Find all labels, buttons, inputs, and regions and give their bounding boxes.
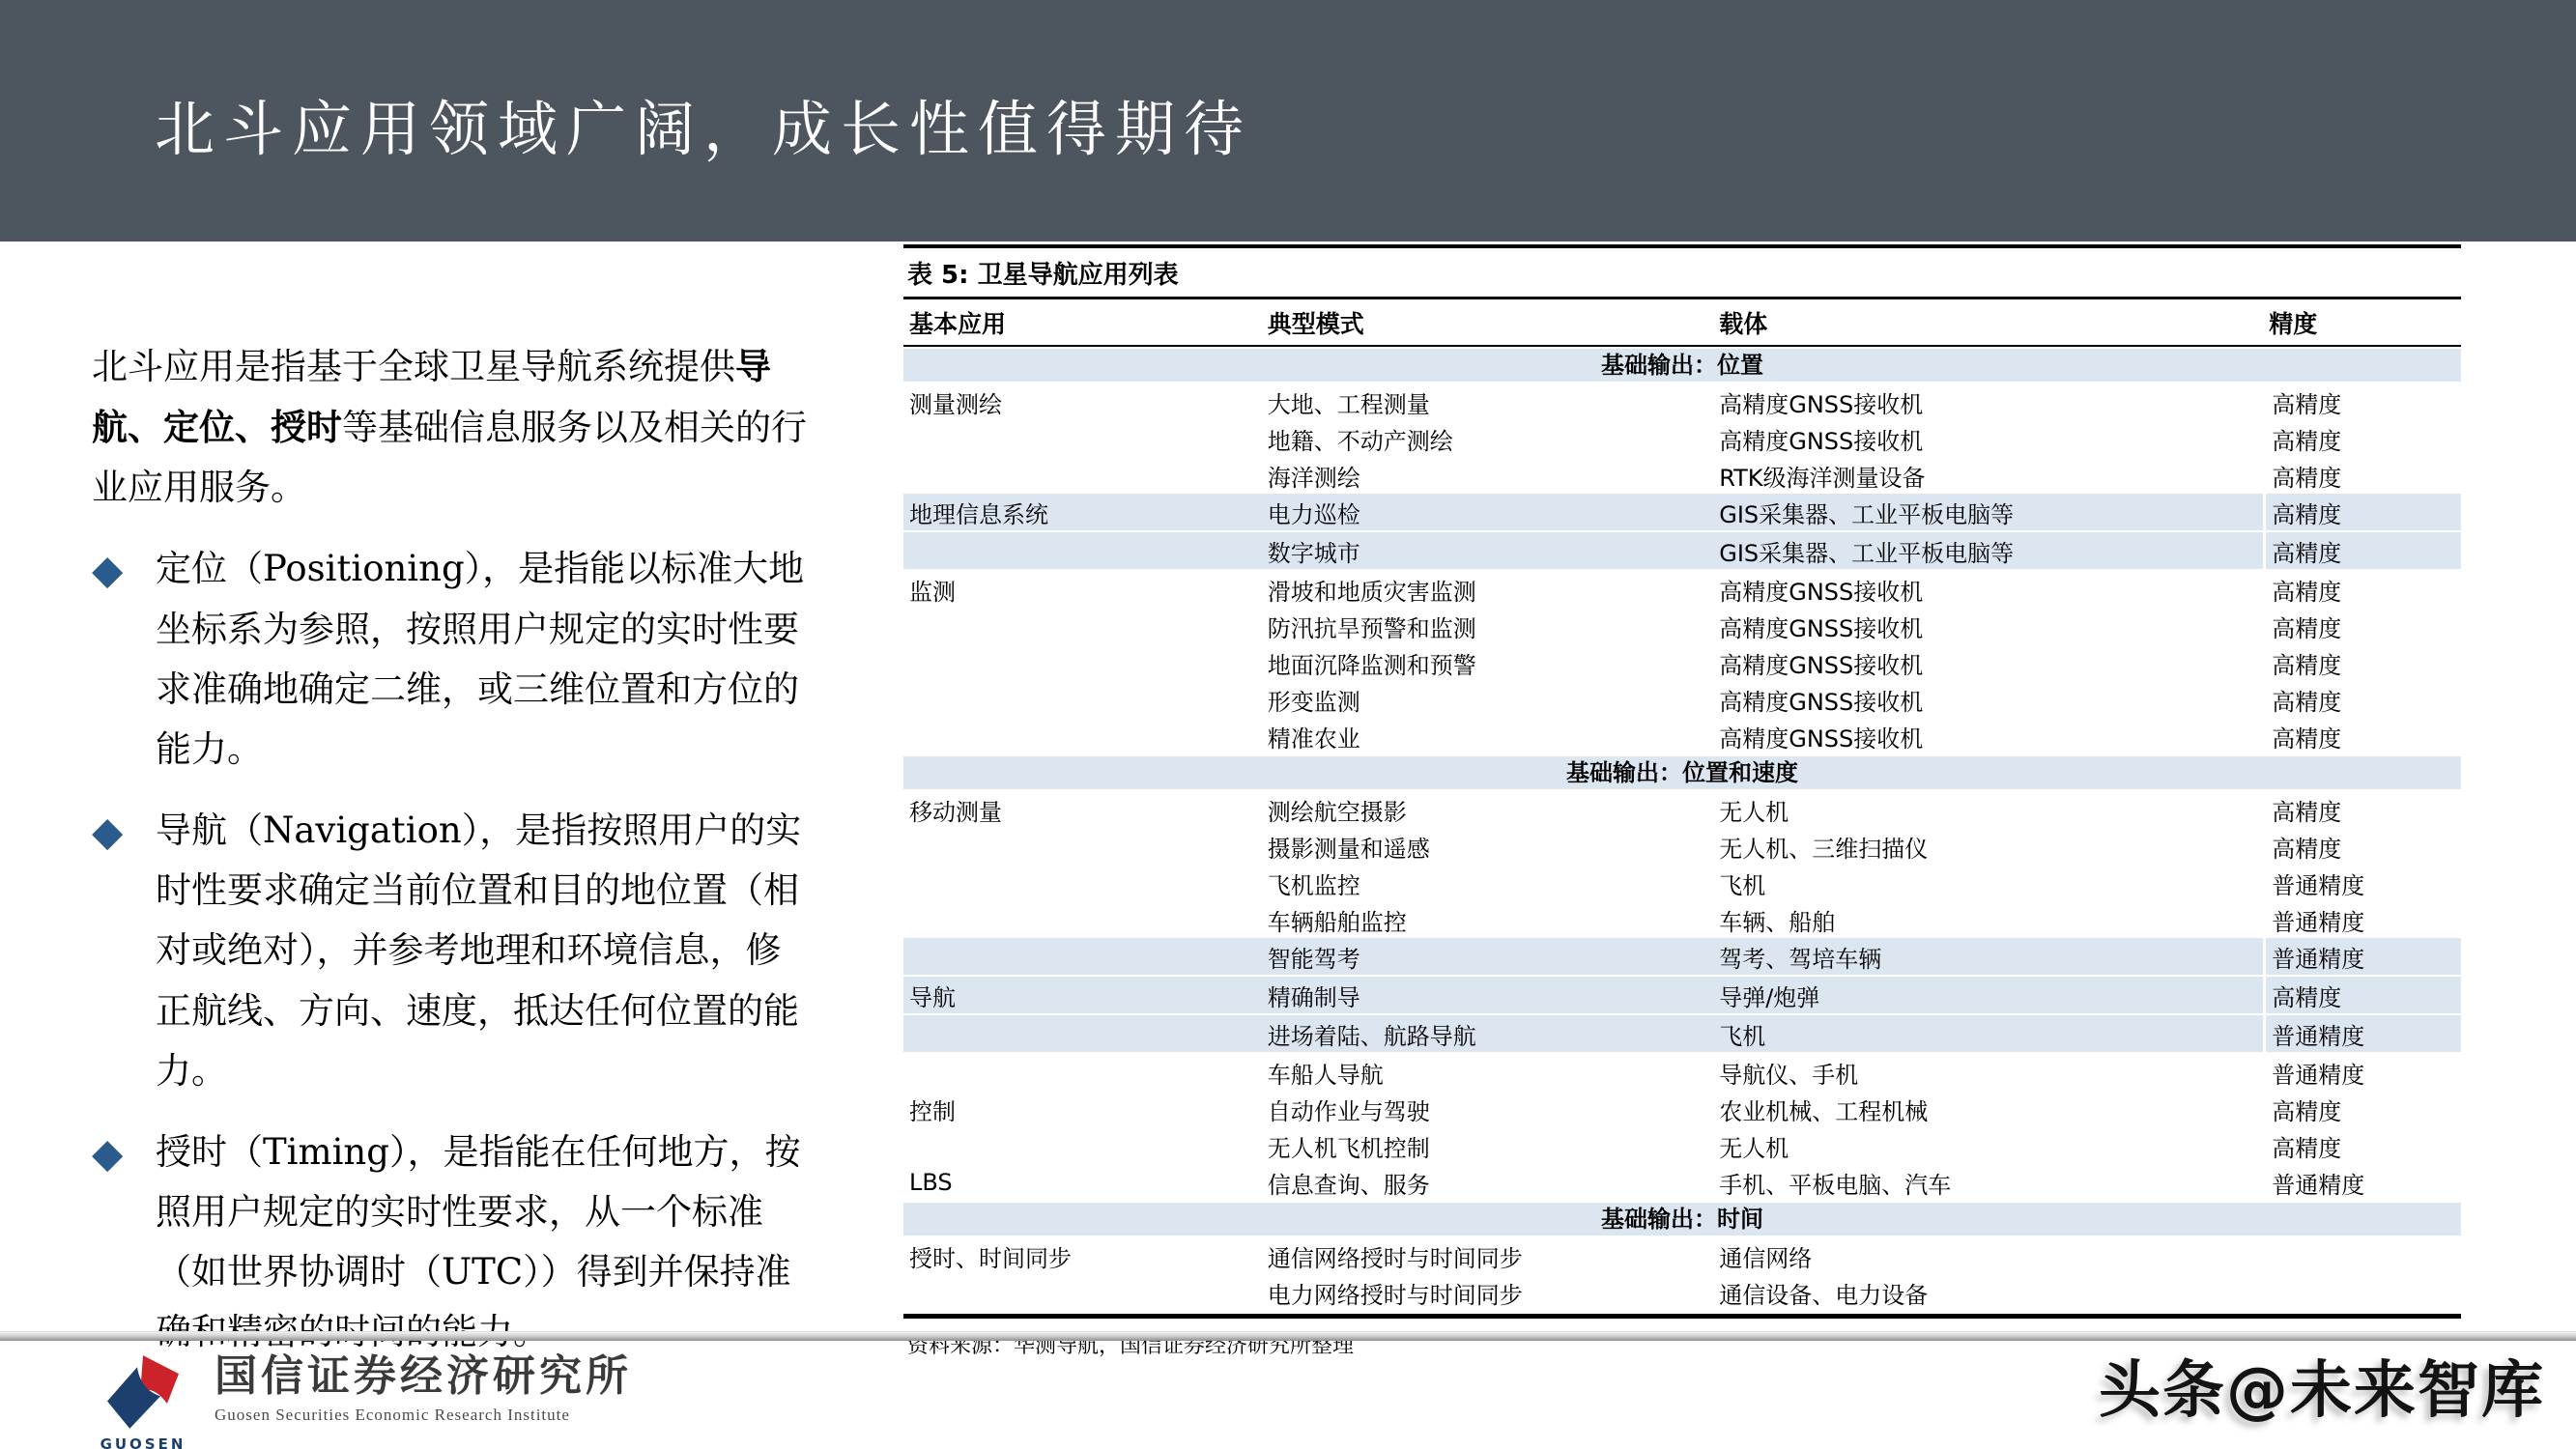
cell-basic-app (903, 1127, 1262, 1164)
cell-basic-app (903, 1054, 1262, 1091)
cell-precision (2263, 1274, 2461, 1311)
cell-typical-mode: 自动作业与驾驶 (1262, 1091, 1713, 1127)
table-row: 数字城市GIS采集器、工业平板电脑等高精度 (903, 532, 2461, 571)
cell-carrier: 高精度GNSS接收机 (1713, 718, 2263, 754)
cell-typical-mode: 飞机监控 (1262, 865, 1713, 901)
bullet-text: 授时（Timing），是指能在任何地方，按照用户规定的实时性要求，从一个标准（如… (156, 1122, 815, 1363)
table-row: 摄影测量和遥感无人机、三维扫描仪高精度 (903, 828, 2461, 865)
table-row: 授时、时间同步通信网络授时与时间同步通信网络 (903, 1237, 2461, 1274)
diamond-bullet-icon: ◆ (92, 1122, 156, 1363)
cell-typical-mode: 智能驾考 (1262, 938, 1713, 975)
left-text-panel: 北斗应用是指基于全球卫星导航系统提供导航、定位、授时等基础信息服务以及相关的行业… (92, 336, 815, 1363)
cell-precision (2263, 1237, 2461, 1274)
cell-precision: 高精度 (2263, 791, 2461, 828)
diamond-bullet-icon: ◆ (92, 801, 156, 1101)
table-row: 地籍、不动产测绘高精度GNSS接收机高精度 (903, 420, 2461, 457)
table-row: 车辆船舶监控车辆、船舶普通精度 (903, 901, 2461, 938)
header-cell-precision: 精度 (2263, 305, 2461, 340)
cell-basic-app (903, 1015, 1262, 1052)
table-row: 智能驾考驾考、驾培车辆普通精度 (903, 938, 2461, 977)
cell-typical-mode: 电力网络授时与时间同步 (1262, 1274, 1713, 1311)
table-row: 进场着陆、航路导航飞机普通精度 (903, 1015, 2461, 1054)
cell-basic-app: 控制 (903, 1091, 1262, 1127)
header-cell-carrier: 载体 (1713, 305, 2263, 340)
cell-precision: 普通精度 (2263, 1164, 2461, 1201)
cell-carrier: 无人机、三维扫描仪 (1713, 828, 2263, 865)
footer-divider-line (0, 1331, 2576, 1341)
table-row: LBS信息查询、服务手机、平板电脑、汽车普通精度 (903, 1164, 2461, 1201)
cell-precision: 高精度 (2263, 644, 2461, 681)
cell-basic-app (903, 608, 1262, 644)
slide-header-bar: 北斗应用领域广阔，成长性值得期待 (0, 0, 2576, 241)
table-row: 防汛抗旱预警和监测高精度GNSS接收机高精度 (903, 608, 2461, 644)
guosen-logo-text: GUOSEN (97, 1435, 189, 1449)
cell-carrier: 飞机 (1713, 1015, 2263, 1052)
cell-carrier: GIS采集器、工业平板电脑等 (1713, 494, 2263, 530)
cell-precision: 高精度 (2263, 494, 2461, 530)
cell-carrier: 通信设备、电力设备 (1713, 1274, 2263, 1311)
cell-basic-app (903, 532, 1262, 569)
table-row: 电力网络授时与时间同步通信设备、电力设备 (903, 1274, 2461, 1311)
cell-precision: 高精度 (2263, 977, 2461, 1013)
cell-typical-mode: 精确制导 (1262, 977, 1713, 1013)
cell-carrier: RTK级海洋测量设备 (1713, 457, 2263, 494)
cell-carrier: 无人机 (1713, 791, 2263, 828)
cell-precision: 普通精度 (2263, 901, 2461, 938)
section-band: 基础输出：位置和速度 (903, 756, 2461, 789)
cell-typical-mode: 大地、工程测量 (1262, 384, 1713, 420)
table-header-row: 基本应用典型模式载体精度 (903, 299, 2461, 347)
table-row: 地理信息系统电力巡检GIS采集器、工业平板电脑等高精度 (903, 494, 2461, 532)
cell-precision: 高精度 (2263, 718, 2461, 754)
cell-typical-mode: 进场着陆、航路导航 (1262, 1015, 1713, 1052)
app-table: 表 5: 卫星导航应用列表 基本应用典型模式载体精度 基础输出：位置测量测绘大地… (903, 244, 2461, 1359)
cell-precision: 高精度 (2263, 1127, 2461, 1164)
cell-precision: 高精度 (2263, 681, 2461, 718)
cell-carrier: 飞机 (1713, 865, 2263, 901)
header-cell-typical-mode: 典型模式 (1262, 305, 1713, 340)
cell-basic-app (903, 718, 1262, 754)
guosen-name-en: Guosen Securities Economic Research Inst… (215, 1406, 632, 1425)
cell-typical-mode: 数字城市 (1262, 532, 1713, 569)
cell-precision: 普通精度 (2263, 938, 2461, 975)
cell-typical-mode: 摄影测量和遥感 (1262, 828, 1713, 865)
cell-precision: 高精度 (2263, 608, 2461, 644)
cell-basic-app (903, 681, 1262, 718)
cell-carrier: 通信网络 (1713, 1237, 2263, 1274)
cell-typical-mode: 防汛抗旱预警和监测 (1262, 608, 1713, 644)
cell-typical-mode: 信息查询、服务 (1262, 1164, 1713, 1201)
cell-basic-app: 移动测量 (903, 791, 1262, 828)
table-row: 地面沉降监测和预警高精度GNSS接收机高精度 (903, 644, 2461, 681)
bullet-list: ◆定位（Positioning），是指能以标准大地坐标系为参照，按照用户规定的实… (92, 539, 815, 1362)
cell-basic-app (903, 901, 1262, 938)
cell-precision: 高精度 (2263, 1091, 2461, 1127)
cell-basic-app (903, 865, 1262, 901)
cell-basic-app (903, 828, 1262, 865)
cell-precision: 高精度 (2263, 384, 2461, 420)
cell-carrier: 无人机 (1713, 1127, 2263, 1164)
cell-typical-mode: 地面沉降监测和预警 (1262, 644, 1713, 681)
cell-carrier: 高精度GNSS接收机 (1713, 571, 2263, 608)
cell-typical-mode: 滑坡和地质灾害监测 (1262, 571, 1713, 608)
guosen-logo: GUOSEN 国信证券经济研究所 Guosen Securities Econo… (97, 1350, 632, 1449)
cell-precision: 普通精度 (2263, 1015, 2461, 1052)
cell-carrier: 导弹/炮弹 (1713, 977, 2263, 1013)
cell-typical-mode: 测绘航空摄影 (1262, 791, 1713, 828)
cell-typical-mode: 通信网络授时与时间同步 (1262, 1237, 1713, 1274)
cell-precision: 普通精度 (2263, 865, 2461, 901)
cell-precision: 高精度 (2263, 532, 2461, 569)
table-body: 基础输出：位置测量测绘大地、工程测量高精度GNSS接收机高精度地籍、不动产测绘高… (903, 349, 2461, 1311)
table-row: 海洋测绘RTK级海洋测量设备高精度 (903, 457, 2461, 494)
cell-carrier: 导航仪、手机 (1713, 1054, 2263, 1091)
guosen-logo-icon (101, 1350, 185, 1434)
bullet-text: 定位（Positioning），是指能以标准大地坐标系为参照，按照用户规定的实时… (156, 539, 815, 780)
bullet-item: ◆导航（Navigation），是指按照用户的实时性要求确定当前位置和目的地位置… (92, 801, 815, 1101)
cell-carrier: 农业机械、工程机械 (1713, 1091, 2263, 1127)
table-row: 移动测量测绘航空摄影无人机高精度 (903, 791, 2461, 828)
table-row: 监测滑坡和地质灾害监测高精度GNSS接收机高精度 (903, 571, 2461, 608)
table-row: 测量测绘大地、工程测量高精度GNSS接收机高精度 (903, 384, 2461, 420)
cell-basic-app: 导航 (903, 977, 1262, 1013)
cell-carrier: 驾考、驾培车辆 (1713, 938, 2263, 975)
cell-carrier: 车辆、船舶 (1713, 901, 2263, 938)
table-row: 控制自动作业与驾驶农业机械、工程机械高精度 (903, 1091, 2461, 1127)
cell-basic-app: LBS (903, 1164, 1262, 1201)
table-row: 形变监测高精度GNSS接收机高精度 (903, 681, 2461, 718)
cell-typical-mode: 电力巡检 (1262, 494, 1713, 530)
cell-basic-app (903, 644, 1262, 681)
cell-precision: 普通精度 (2263, 1054, 2461, 1091)
cell-precision: 高精度 (2263, 828, 2461, 865)
bullet-item: ◆定位（Positioning），是指能以标准大地坐标系为参照，按照用户规定的实… (92, 539, 815, 780)
cell-basic-app: 地理信息系统 (903, 494, 1262, 530)
cell-carrier: 高精度GNSS接收机 (1713, 384, 2263, 420)
cell-typical-mode: 海洋测绘 (1262, 457, 1713, 494)
table-row: 导航精确制导导弹/炮弹高精度 (903, 977, 2461, 1015)
guosen-logo-mark: GUOSEN (97, 1350, 189, 1449)
cell-basic-app: 监测 (903, 571, 1262, 608)
cell-precision: 高精度 (2263, 420, 2461, 457)
cell-typical-mode: 车辆船舶监控 (1262, 901, 1713, 938)
cell-carrier: 高精度GNSS接收机 (1713, 608, 2263, 644)
cell-carrier: 手机、平板电脑、汽车 (1713, 1164, 2263, 1201)
section-band: 基础输出：时间 (903, 1203, 2461, 1236)
cell-carrier: 高精度GNSS接收机 (1713, 644, 2263, 681)
intro-pre: 北斗应用是指基于全球卫星导航系统提供 (92, 346, 735, 387)
cell-basic-app: 授时、时间同步 (903, 1237, 1262, 1274)
header-cell-basic-app: 基本应用 (903, 305, 1262, 340)
cell-precision: 高精度 (2263, 457, 2461, 494)
guosen-name-cn: 国信证券经济研究所 (215, 1352, 632, 1402)
table-row: 车船人导航导航仪、手机普通精度 (903, 1054, 2461, 1091)
slide-title: 北斗应用领域广阔，成长性值得期待 (155, 81, 1252, 167)
guosen-logo-names: 国信证券经济研究所 Guosen Securities Economic Res… (215, 1350, 632, 1425)
bullet-item: ◆授时（Timing），是指能在任何地方，按照用户规定的实时性要求，从一个标准（… (92, 1122, 815, 1363)
cell-basic-app (903, 938, 1262, 975)
table-row: 飞机监控飞机普通精度 (903, 865, 2461, 901)
cell-typical-mode: 形变监测 (1262, 681, 1713, 718)
section-band: 基础输出：位置 (903, 349, 2461, 382)
cell-carrier: 高精度GNSS接收机 (1713, 420, 2263, 457)
cell-basic-app: 测量测绘 (903, 384, 1262, 420)
table-row: 无人机飞机控制无人机高精度 (903, 1127, 2461, 1164)
cell-carrier: GIS采集器、工业平板电脑等 (1713, 532, 2263, 569)
cell-typical-mode: 车船人导航 (1262, 1054, 1713, 1091)
cell-carrier: 高精度GNSS接收机 (1713, 681, 2263, 718)
cell-typical-mode: 无人机飞机控制 (1262, 1127, 1713, 1164)
cell-basic-app (903, 457, 1262, 494)
cell-precision: 高精度 (2263, 571, 2461, 608)
cell-typical-mode: 精准农业 (1262, 718, 1713, 754)
cell-basic-app (903, 1274, 1262, 1311)
intro-paragraph: 北斗应用是指基于全球卫星导航系统提供导航、定位、授时等基础信息服务以及相关的行业… (92, 336, 815, 518)
diamond-bullet-icon: ◆ (92, 539, 156, 780)
watermark-text: 头条@未来智库 (2099, 1341, 2545, 1430)
table-row: 精准农业高精度GNSS接收机高精度 (903, 718, 2461, 754)
cell-typical-mode: 地籍、不动产测绘 (1262, 420, 1713, 457)
table-title: 表 5: 卫星导航应用列表 (903, 248, 2461, 297)
cell-basic-app (903, 420, 1262, 457)
bullet-text: 导航（Navigation），是指按照用户的实时性要求确定当前位置和目的地位置（… (156, 801, 815, 1101)
